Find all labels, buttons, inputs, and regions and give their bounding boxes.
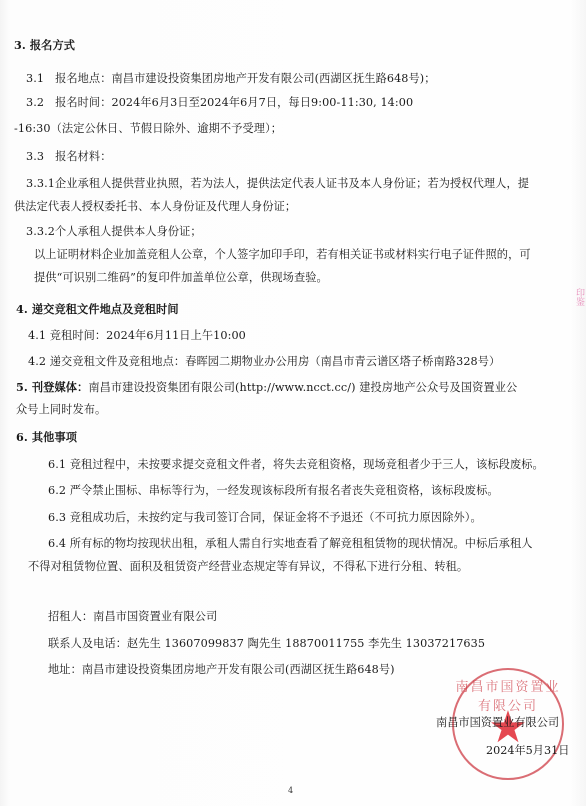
- contact-address: 地址：南昌市建设投资集团房地产开发有限公司(西湖区抚生路648号): [48, 663, 395, 677]
- contact-phone: 联系人及电话：赵先生 13607099837 陶先生 18870011755 李…: [48, 637, 485, 651]
- signature-date: 2024年5月31日: [486, 742, 569, 758]
- item-3-3: 3.3 报名材料：: [26, 150, 112, 164]
- section-6-heading: 6. 其他事项: [16, 430, 77, 444]
- document-page: 3. 报名方式 3.1 报名地点：南昌市建设投资集团房地产开发有限公司(西湖区抚…: [0, 0, 586, 806]
- item-4-2: 4.2 递交竞租文件及竞租地点：春晖园二期物业办公用房（南昌市青云谱区塔子桥南路…: [28, 355, 500, 369]
- material-3-3-2: 3.3.2个人承租人提供本人身份证；: [26, 225, 202, 239]
- section-5-label: 5. 刊登媒体：: [16, 380, 88, 394]
- item-6-1: 6.1 竞租过程中，未按要求提交竞租文件者，将失去竞租资格，现场竞租者少于三人，…: [48, 458, 544, 472]
- section-5: 5. 刊登媒体：南昌市建设投资集团有限公司(http://www.ncct.cc…: [16, 380, 517, 395]
- material-3-3-1-continued: 供法定代表人授权委托书、本人身份证及代理人身份证；: [14, 200, 296, 214]
- partial-seal-edge: 印鉴: [568, 288, 586, 358]
- item-3-2: 3.2 报名时间：2024年6月3日至2024年6月7日，每日9:00-11:3…: [26, 96, 413, 110]
- material-note: 以上证明材料企业加盖竞租人公章，个人签字加印手印，若有相关证书或材料实行电子证件…: [34, 248, 531, 262]
- item-6-3: 6.3 竞租成功后，未按约定与我司签订合同，保证金将不予退还（不可抗力原因除外）…: [48, 511, 482, 525]
- section-4-heading: 4. 递交竞租文件地点及竞租时间: [16, 302, 179, 316]
- section-5-continued: 众号上同时发布。: [16, 403, 106, 417]
- material-3-3-1: 3.3.1企业承租人提供营业执照，若为法人，提供法定代表人证书及本人身份证；若为…: [26, 177, 529, 191]
- item-6-4: 6.4 所有标的物均按现状出租，承租人需自行实地查看了解竞租租赁物的现状情况。中…: [48, 537, 533, 551]
- material-note-continued: 提供“可识别二维码”的复印件加盖单位公章，供现场查验。: [34, 271, 328, 285]
- signature-company: 南昌市国资置业有限公司: [436, 714, 559, 730]
- item-4-1: 4.1 竞租时间：2024年6月11日上午10:00: [28, 329, 246, 343]
- item-6-4-continued: 不得对租赁物位置、面积及租赁资产经营业态规定等有异议，不得私下进行分租、转租。: [28, 560, 468, 574]
- item-3-2-continued: -16:30（法定公休日、节假日除外、逾期不予受理）；: [14, 122, 282, 136]
- item-6-2: 6.2 严令禁止围标、串标等行为，一经发现该标段所有报名者丧失竞租资格，该标段废…: [48, 484, 499, 498]
- lessor: 招租人：南昌市国资置业有限公司: [48, 610, 217, 624]
- section-3-heading: 3. 报名方式: [14, 38, 75, 52]
- page-number: 4: [288, 786, 293, 795]
- item-3-1: 3.1 报名地点：南昌市建设投资集团房地产开发有限公司(西湖区抚生路648号)；: [26, 72, 436, 86]
- section-5-text: 南昌市建设投资集团有限公司(http://www.ncct.cc/) 建投房地产…: [88, 381, 517, 394]
